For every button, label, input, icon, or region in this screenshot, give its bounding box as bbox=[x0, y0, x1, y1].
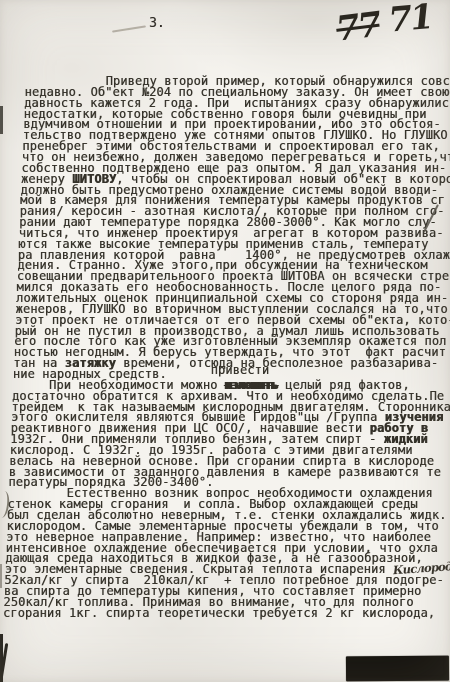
folio-number: 71 bbox=[387, 0, 434, 41]
scanned-document-page: 3. 7771 Приведу второй пример, который о… bbox=[0, 0, 450, 682]
pencil-tick-mark bbox=[112, 25, 146, 32]
typed-line: сгорания 1кг. спирта теоретически требуе… bbox=[3, 608, 435, 619]
handwritten-folio: 7771 bbox=[334, 0, 435, 50]
scan-edge-artifact bbox=[0, 564, 2, 588]
page-number: 3. bbox=[149, 17, 165, 31]
scan-edge-artifact bbox=[0, 106, 3, 134]
folio-number-crossed-out: 77 bbox=[334, 5, 382, 50]
redaction-block bbox=[346, 656, 449, 682]
scan-edge-diagonal-line bbox=[0, 643, 8, 682]
scan-edge-artifact bbox=[0, 634, 3, 682]
